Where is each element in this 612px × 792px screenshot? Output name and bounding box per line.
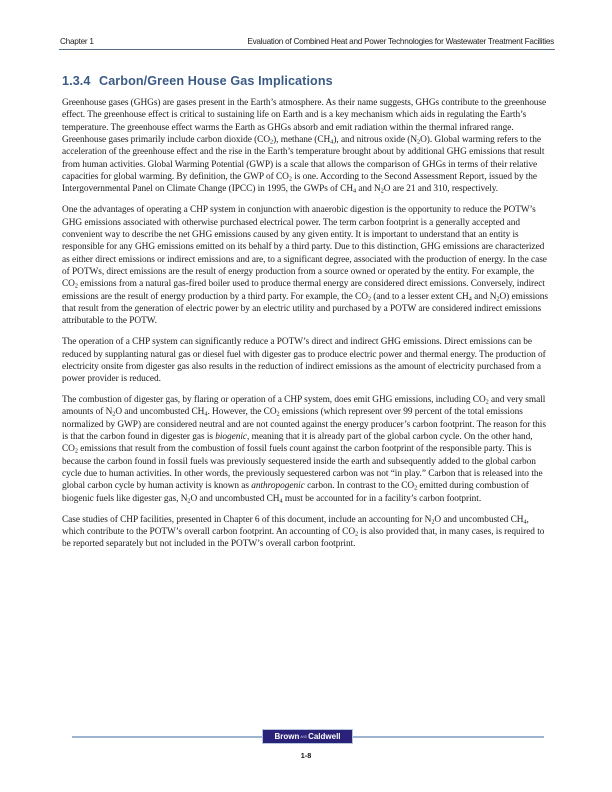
subscript: 4 — [523, 518, 526, 525]
logo-text-caldwell: Caldwell — [308, 732, 340, 741]
subscript: 2 — [486, 399, 489, 406]
italic-term: biogenic — [215, 432, 247, 442]
document-title: Evaluation of Combined Heat and Power Te… — [247, 37, 554, 46]
subscript: 2 — [414, 485, 417, 492]
paragraph: The combustion of digester gas, by flari… — [62, 394, 550, 505]
section-heading: 1.3.4Carbon/Green House Gas Implications — [62, 74, 333, 88]
subscript: 2 — [75, 283, 78, 290]
subscript: 2 — [496, 295, 499, 302]
subscript: 2 — [417, 139, 420, 146]
subscript: 2 — [187, 497, 190, 504]
subscript: 2 — [431, 518, 434, 525]
subscript: 2 — [289, 176, 292, 183]
subscript: 4 — [469, 295, 472, 302]
subscript: 2 — [112, 411, 115, 418]
paragraph: The operation of a CHP system can signif… — [62, 336, 550, 385]
subscript: 2 — [277, 411, 280, 418]
paragraph: One the advantages of operating a CHP sy… — [62, 204, 550, 327]
subscript: 4 — [330, 139, 333, 146]
page-number: 1-8 — [0, 751, 612, 760]
subscript: 4 — [353, 188, 356, 195]
section-number: 1.3.4 — [62, 74, 99, 88]
subscript: 2 — [75, 448, 78, 455]
paragraph: Greenhouse gases (GHGs) are gases presen… — [62, 97, 550, 196]
subscript: 2 — [270, 139, 273, 146]
chapter-label: Chapter 1 — [60, 37, 94, 46]
subscript: 2 — [355, 531, 358, 538]
logo-text-brown: Brown — [274, 732, 299, 741]
section-title: Carbon/Green House Gas Implications — [99, 74, 333, 88]
body-text: Greenhouse gases (GHGs) are gases presen… — [62, 97, 550, 559]
logo-text-and: AND — [300, 735, 307, 739]
subscript: 4 — [204, 411, 207, 418]
subscript: 2 — [368, 295, 371, 302]
running-header: Chapter 1 Evaluation of Combined Heat an… — [59, 36, 555, 50]
paragraph: Case studies of CHP facilities, presente… — [62, 514, 550, 551]
brown-and-caldwell-logo: BrownANDCaldwell — [262, 729, 353, 744]
italic-term: anthropogenic — [251, 481, 305, 491]
subscript: 2 — [381, 188, 384, 195]
subscript: 4 — [280, 497, 283, 504]
